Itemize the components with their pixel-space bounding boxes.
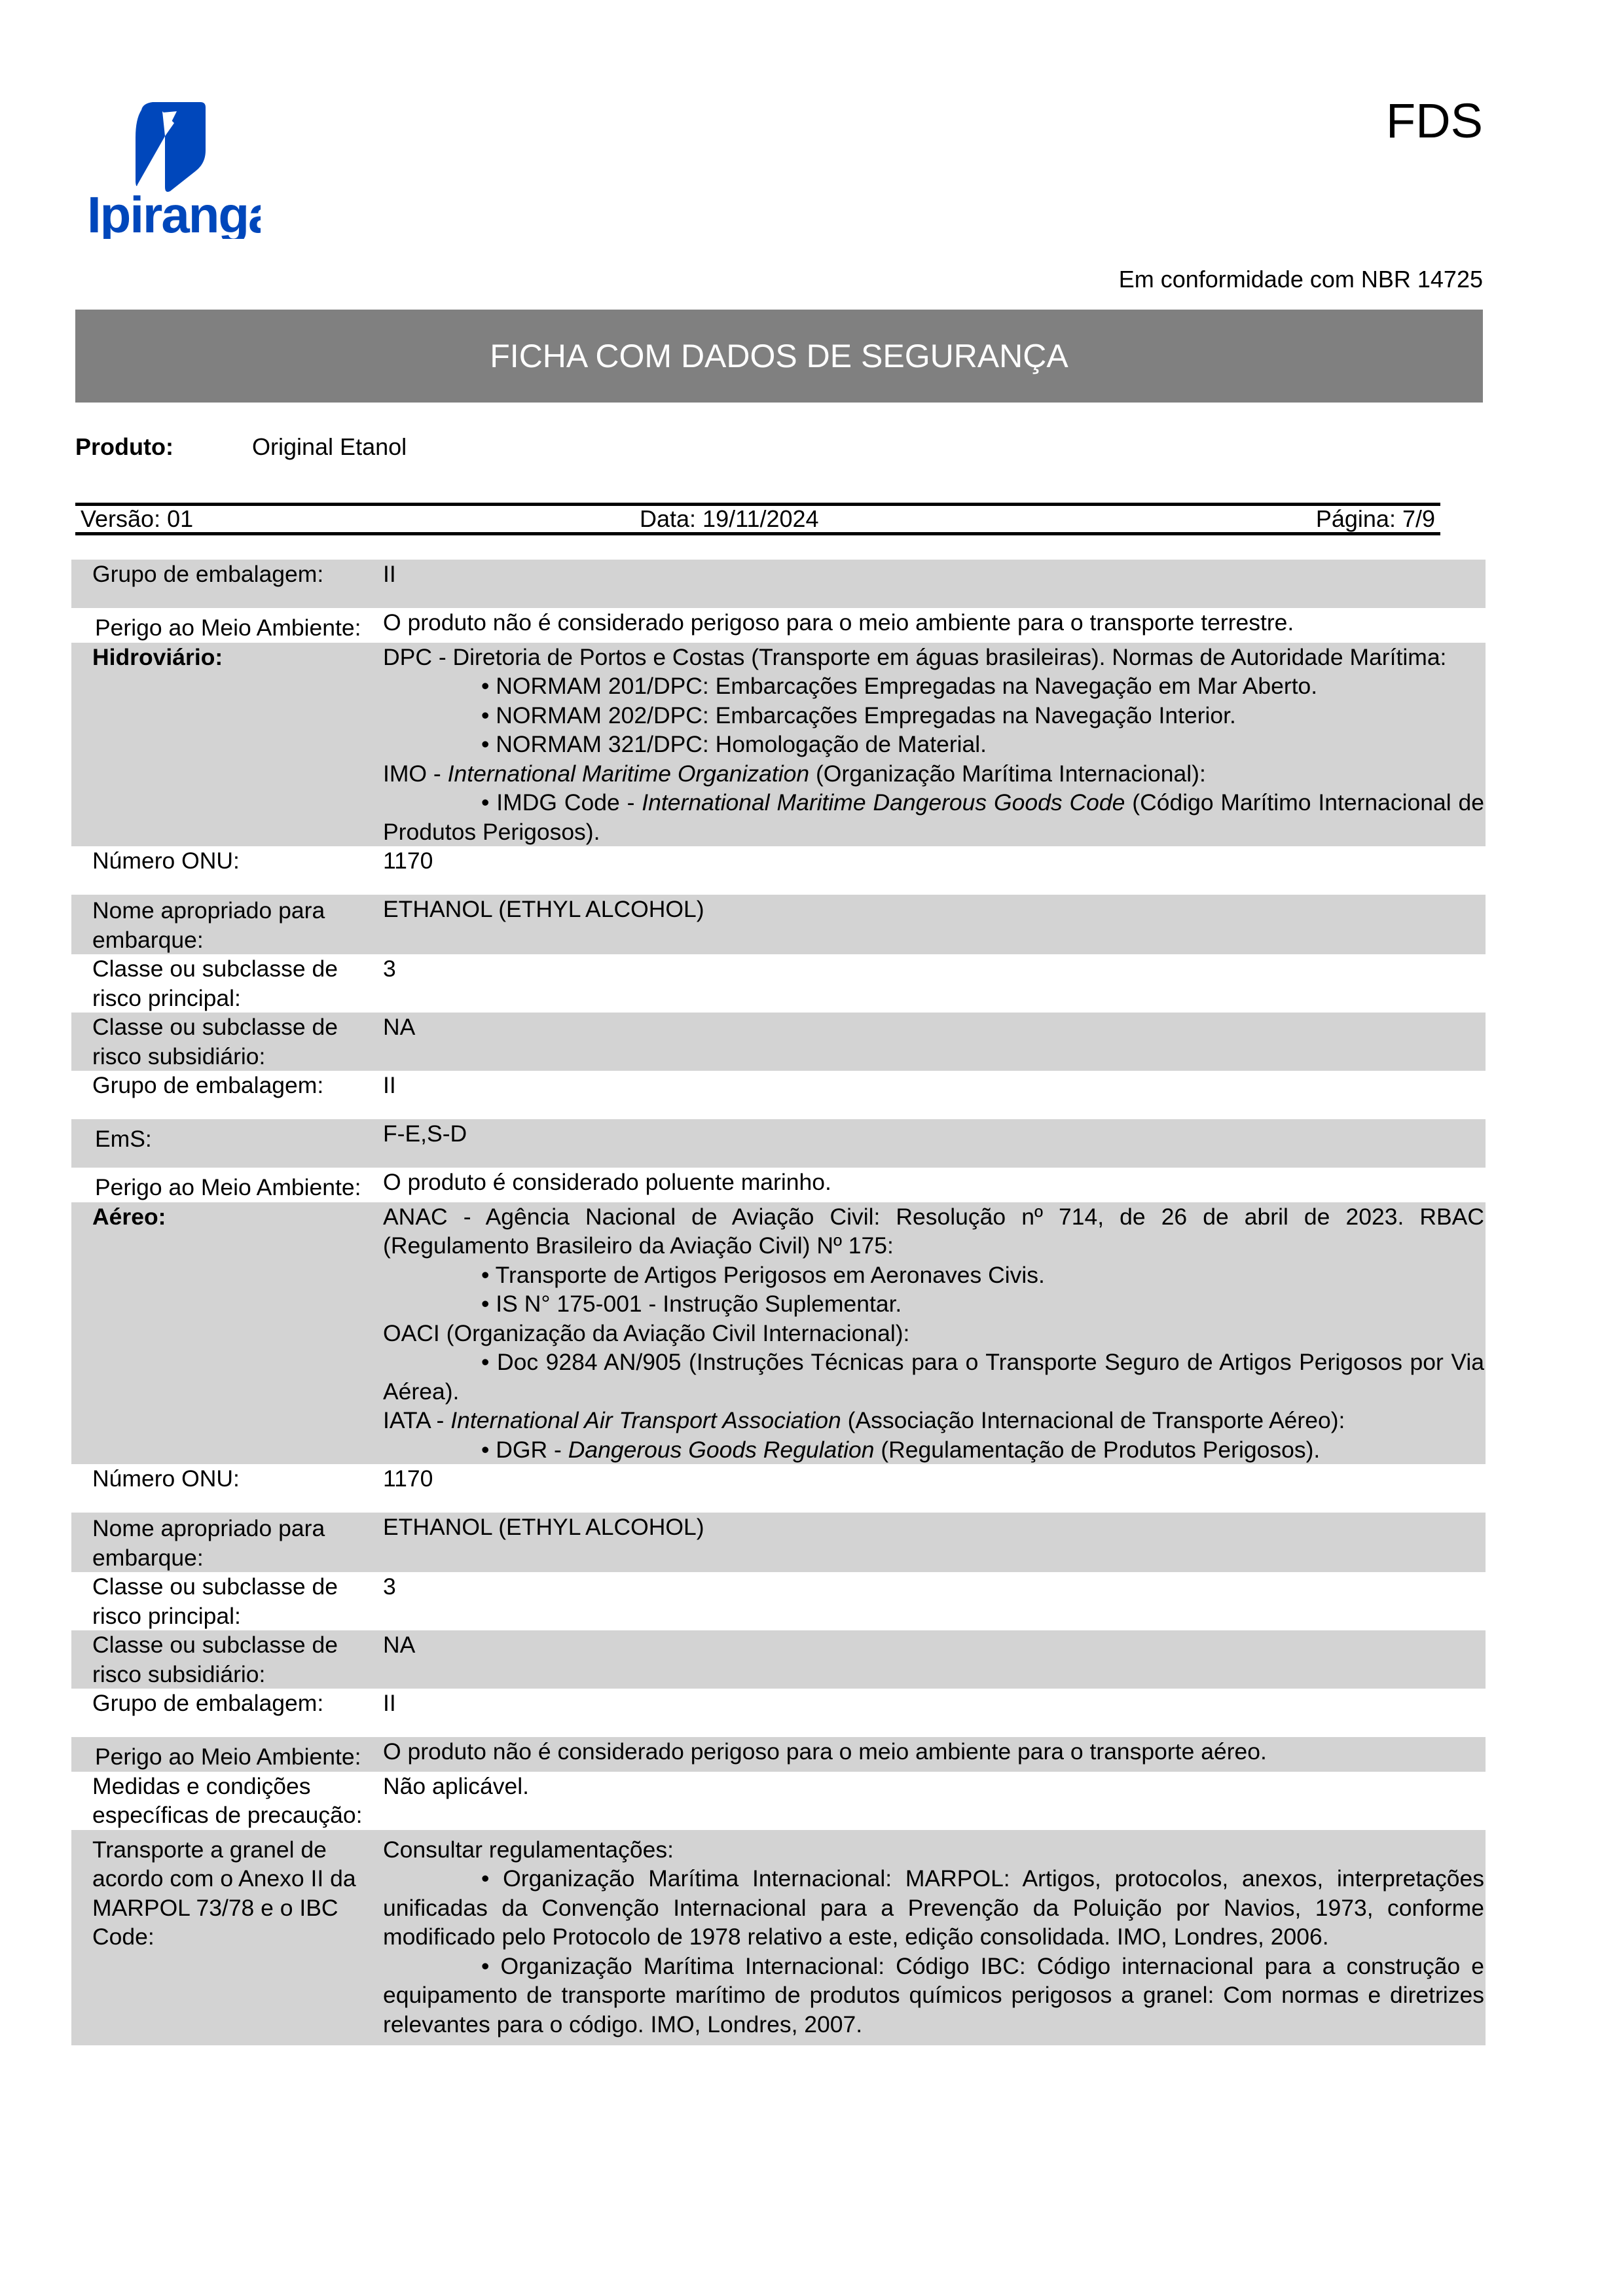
row-label: Medidas e condições específicas de preca… — [71, 1772, 383, 1830]
row-label: Perigo ao Meio Ambiente: — [71, 1168, 383, 1202]
row-value: O produto é considerado poluente marinho… — [383, 1168, 1486, 1202]
ipiranga-logo-icon: Ipiranga — [84, 98, 261, 239]
row-label: Classe ou subclasse de risco principal: — [71, 1572, 383, 1630]
text: (Regulamentação de Produtos Perigosos). — [874, 1437, 1320, 1463]
imo-line: IMO - International Maritime Organizatio… — [383, 759, 1484, 789]
table-row: Perigo ao Meio Ambiente: O produto é con… — [71, 1168, 1486, 1202]
row-label: Nome apropriado para embarque: — [71, 895, 383, 954]
table-row-granel: Transporte a granel de acordo com o Anex… — [71, 1830, 1486, 2046]
row-value: F-E,S-D — [383, 1119, 1486, 1168]
row-value: ANAC - Agência Nacional de Aviação Civil… — [383, 1202, 1486, 1465]
row-value: ETHANOL (ETHYL ALCOHOL) — [383, 895, 1486, 954]
product-line: Produto:Original Etanol — [75, 432, 407, 463]
document-code: FDS — [1386, 97, 1483, 145]
table-row: Classe ou subclasse de risco principal: … — [71, 1572, 1486, 1630]
row-label: Grupo de embalagem: — [71, 560, 383, 608]
row-value: 1170 — [383, 1464, 1486, 1513]
row-label: Transporte a granel de acordo com o Anex… — [71, 1830, 383, 2046]
row-value: 3 — [383, 954, 1486, 1013]
text-italic: Dangerous Goods Regulation — [568, 1437, 875, 1463]
svg-text:Ipiranga: Ipiranga — [87, 186, 261, 239]
row-value: Consultar regulamentações: • Organização… — [383, 1830, 1486, 2046]
anac-intro: ANAC - Agência Nacional de Aviação Civil… — [383, 1202, 1484, 1261]
row-label: Classe ou subclasse de risco principal: — [71, 954, 383, 1013]
row-label: EmS: — [71, 1119, 383, 1168]
text: IATA - — [383, 1407, 450, 1433]
row-value: O produto não é considerado perigoso par… — [383, 1737, 1486, 1772]
row-label: Perigo ao Meio Ambiente: — [71, 608, 383, 643]
bullet-item: • Organização Marítima Internacional: Có… — [383, 1952, 1484, 2039]
bullet-item: • DGR - Dangerous Goods Regulation (Regu… — [383, 1435, 1484, 1465]
ipiranga-logo: Ipiranga — [84, 98, 261, 239]
table-row-aereo: Aéreo: ANAC - Agência Nacional de Aviaçã… — [71, 1202, 1486, 1465]
iata-line: IATA - International Air Transport Assoc… — [383, 1406, 1484, 1435]
row-label: Grupo de embalagem: — [71, 1689, 383, 1737]
row-value: NA — [383, 1630, 1486, 1689]
product-value: Original Etanol — [252, 433, 407, 460]
table-row: Classe ou subclasse de risco subsidiário… — [71, 1630, 1486, 1689]
version: Versão: 01 — [81, 505, 193, 533]
bullet-item: • Organização Marítima Internacional: MA… — [383, 1864, 1484, 1952]
row-value: DPC - Diretoria de Portos e Costas (Tran… — [383, 643, 1486, 847]
table-row: EmS: F-E,S-D — [71, 1119, 1486, 1168]
row-value: Não aplicável. — [383, 1772, 1486, 1830]
oaci-line: OACI (Organização da Aviação Civil Inter… — [383, 1319, 1484, 1348]
row-label: Nome apropriado para embarque: — [71, 1513, 383, 1572]
row-label: Número ONU: — [71, 846, 383, 895]
text: • IMDG Code - — [481, 789, 642, 816]
document-title-bar: FICHA COM DADOS DE SEGURANÇA — [75, 310, 1483, 403]
text: • DGR - — [481, 1437, 568, 1463]
row-value: O produto não é considerado perigoso par… — [383, 608, 1486, 643]
bullet-item: • Transporte de Artigos Perigosos em Aer… — [383, 1261, 1484, 1290]
granel-intro: Consultar regulamentações: — [383, 1835, 1484, 1865]
document-title: FICHA COM DADOS DE SEGURANÇA — [490, 337, 1068, 375]
row-value: NA — [383, 1013, 1486, 1071]
row-label: Classe ou subclasse de risco subsidiário… — [71, 1630, 383, 1689]
row-label: Perigo ao Meio Ambiente: — [71, 1737, 383, 1772]
row-label: Grupo de embalagem: — [71, 1071, 383, 1119]
table-row: Perigo ao Meio Ambiente: O produto não é… — [71, 608, 1486, 643]
text: (Associação Internacional de Transporte … — [841, 1407, 1345, 1433]
table-row-hidroviario: Hidroviário: DPC - Diretoria de Portos e… — [71, 643, 1486, 847]
text-italic: International Air Transport Association — [450, 1407, 841, 1433]
conformity-note: Em conformidade com NBR 14725 — [1119, 265, 1483, 293]
table-row: Número ONU: 1170 — [71, 846, 1486, 895]
bullet-item: • NORMAM 202/DPC: Embarcações Empregadas… — [383, 701, 1484, 730]
table-row: Número ONU: 1170 — [71, 1464, 1486, 1513]
transport-info-table: Grupo de embalagem: II Perigo ao Meio Am… — [71, 560, 1486, 2045]
page-number: Página: 7/9 — [1316, 505, 1435, 533]
table-row: Perigo ao Meio Ambiente: O produto não é… — [71, 1737, 1486, 1772]
table-row: Nome apropriado para embarque: ETHANOL (… — [71, 1513, 1486, 1572]
row-value: II — [383, 1689, 1486, 1737]
text-italic: International Maritime Organization — [448, 761, 810, 787]
table-row: Nome apropriado para embarque: ETHANOL (… — [71, 895, 1486, 954]
table-row: Grupo de embalagem: II — [71, 560, 1486, 608]
text: IMO - — [383, 761, 448, 787]
row-label: Classe ou subclasse de risco subsidiário… — [71, 1013, 383, 1071]
text: (Organização Marítima Internacional): — [809, 761, 1206, 787]
row-value: II — [383, 560, 1486, 608]
bullet-item: • IS N° 175-001 - Instrução Suplementar. — [383, 1289, 1484, 1319]
table-row: Grupo de embalagem: II — [71, 1071, 1486, 1119]
row-value: 3 — [383, 1572, 1486, 1630]
hidro-intro: DPC - Diretoria de Portos e Costas (Tran… — [383, 643, 1484, 672]
row-label: Aéreo: — [71, 1202, 383, 1465]
row-label: Hidroviário: — [71, 643, 383, 847]
table-row: Classe ou subclasse de risco principal: … — [71, 954, 1486, 1013]
row-value: ETHANOL (ETHYL ALCOHOL) — [383, 1513, 1486, 1572]
row-value: II — [383, 1071, 1486, 1119]
table-row: Classe ou subclasse de risco subsidiário… — [71, 1013, 1486, 1071]
table-row: Grupo de embalagem: II — [71, 1689, 1486, 1737]
row-label: Número ONU: — [71, 1464, 383, 1513]
row-value: 1170 — [383, 846, 1486, 895]
version-bar: Versão: 01 Data: 19/11/2024 Página: 7/9 — [75, 503, 1440, 535]
bullet-item: • NORMAM 321/DPC: Homologação de Materia… — [383, 730, 1484, 759]
table-row: Medidas e condições específicas de preca… — [71, 1772, 1486, 1830]
bullet-item: • NORMAM 201/DPC: Embarcações Empregadas… — [383, 672, 1484, 701]
product-label: Produto: — [75, 432, 252, 463]
text-italic: International Maritime Dangerous Goods C… — [642, 789, 1125, 816]
date: Data: 19/11/2024 — [640, 505, 819, 533]
bullet-item: • Doc 9284 AN/905 (Instruções Técnicas p… — [383, 1348, 1484, 1406]
bullet-item: • IMDG Code - International Maritime Dan… — [383, 788, 1484, 846]
